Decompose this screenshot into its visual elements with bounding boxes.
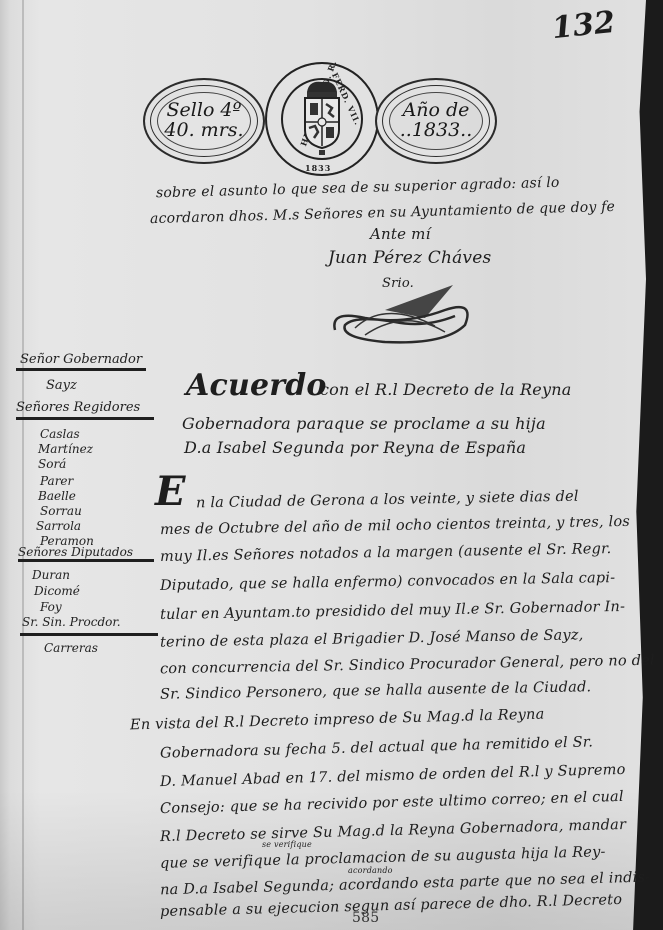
margin-governor-name: Sayz: [46, 378, 77, 393]
alderman-name: Martínez: [38, 442, 93, 456]
alderman-name: Sorrau: [40, 504, 82, 518]
deputy-name: Duran: [32, 568, 70, 582]
margin-rule: [16, 417, 154, 420]
stamp-seal-class: Sello 4º: [167, 101, 242, 121]
stamp-year: ..1833..: [400, 121, 473, 141]
alderman-name: Sarrola: [36, 519, 81, 533]
margin-rule: [18, 559, 154, 562]
paragraph-drop-cap: E: [155, 468, 186, 515]
coat-of-arms-icon: [297, 78, 347, 158]
tax-stamp: Sello 4º 40. mrs. HISP. ET IND. R. FERD.…: [143, 62, 535, 174]
deputy-name: Foy: [40, 600, 62, 614]
act-title-line-3: D.a Isabel Segunda por Reyna de España: [184, 438, 526, 457]
alderman-name: Parer: [40, 474, 73, 488]
stamp-right-oval: Año de ..1833..: [375, 78, 497, 164]
stamp-year-label: Año de: [403, 101, 470, 121]
alderman-name: Caslas: [40, 427, 80, 441]
seal-ring-year: 1833: [305, 163, 331, 173]
act-title-line-1: con el R.l Decreto de la Reyna: [320, 380, 571, 399]
interlinear-insertion: acordando: [348, 866, 393, 875]
margin-deputies-heading: Señores Diputados: [18, 545, 133, 559]
folio-number: 132: [550, 5, 617, 46]
act-title-initial: Acuerdo: [186, 368, 327, 403]
archive-number: 585: [352, 910, 379, 926]
act-title-line-2: Gobernadora paraque se proclame a su hij…: [182, 414, 546, 433]
margin-rule: [20, 633, 158, 636]
margin-rule: [16, 368, 146, 371]
margin-syndic: Sr. Sin. Procdor.: [22, 615, 121, 629]
stamp-price: 40. mrs.: [164, 121, 243, 141]
margin-governor-heading: Señor Gobernador: [20, 352, 142, 367]
attestation-before-me: Ante mí: [370, 225, 431, 243]
signatory-name: Juan Pérez Cháves: [328, 248, 491, 268]
rubric-flourish-icon: [325, 280, 480, 350]
alderman-name: Sorá: [38, 457, 66, 471]
margin-aldermen-heading: Señores Regidores: [16, 400, 140, 415]
royal-seal: HISP. ET IND. R. FERD. VII. 1833: [265, 62, 379, 176]
interlinear-insertion: se verifique: [262, 840, 312, 849]
deputy-name: Dicomé: [34, 584, 80, 598]
margin-secretary: Carreras: [44, 641, 98, 655]
alderman-name: Baelle: [38, 489, 76, 503]
stamp-left-oval: Sello 4º 40. mrs.: [143, 78, 265, 164]
